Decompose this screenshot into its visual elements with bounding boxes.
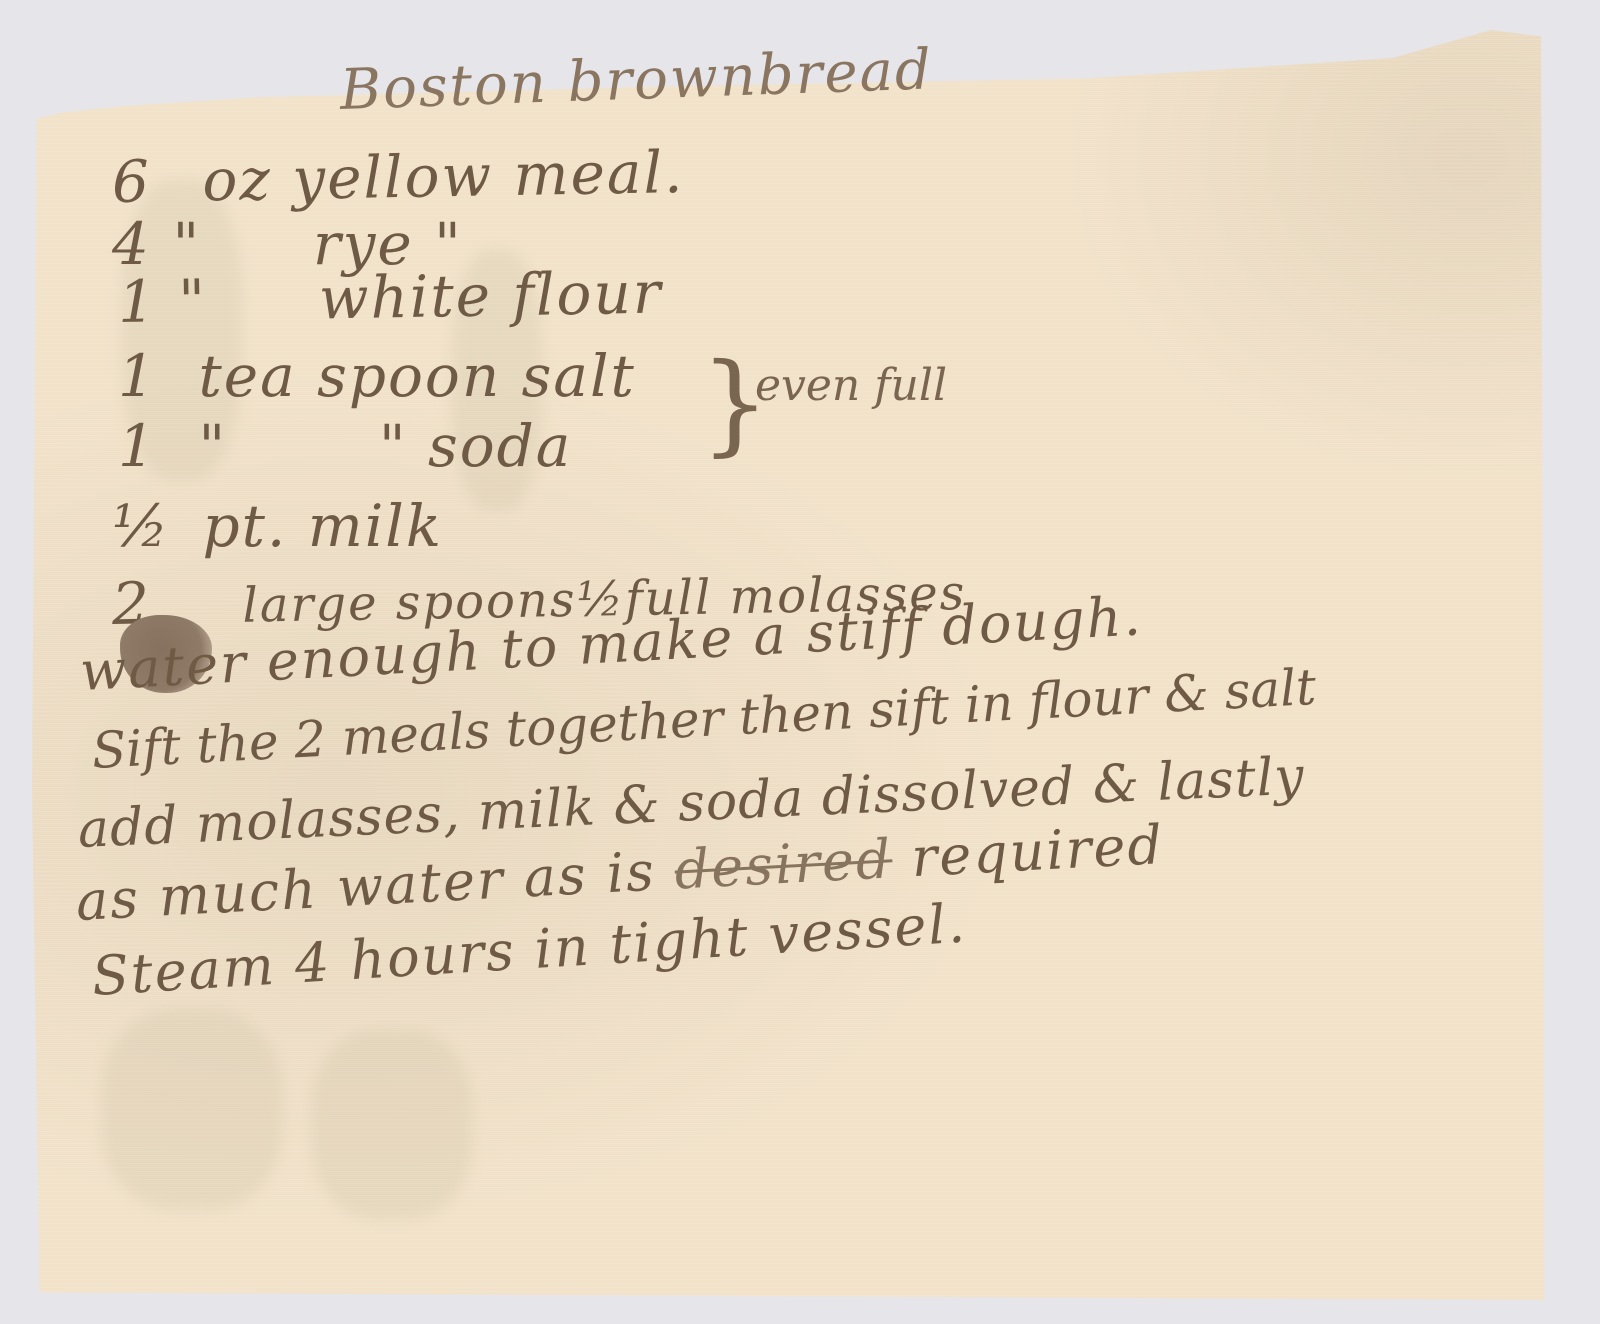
bracket-note: even full (755, 360, 947, 411)
ingredient-qty: 6 (111, 147, 182, 216)
ingredient-line: ½ pt. milk (112, 492, 443, 560)
ingredient-item: yellow meal. (292, 138, 685, 213)
ingredient-item: " soda (379, 412, 573, 480)
ingredient-qty: 1 (118, 342, 178, 410)
ingredient-item: white flour (318, 259, 663, 333)
bleed-through-mark (102, 1010, 282, 1210)
bleed-through-mark (312, 1030, 472, 1220)
ingredient-qty: ½ (112, 492, 182, 560)
ingredient-unit: tea (198, 342, 296, 410)
ingredient-item: spoon salt (317, 342, 636, 410)
ingredient-item: milk (308, 492, 443, 560)
ingredient-line: 1 " " soda (118, 412, 572, 480)
ingredient-qty: 1 (118, 412, 178, 480)
ingredient-line: 6 oz yellow meal. (111, 138, 685, 216)
ingredient-line: 1 tea spoon salt (118, 342, 636, 410)
ingredient-unit: pt. (202, 492, 287, 560)
ingredient-line: 1 " white flour (117, 259, 663, 336)
struck-word: desired (673, 827, 894, 901)
ingredient-unit: " (178, 265, 299, 335)
ingredient-unit: oz (202, 145, 273, 214)
ingredient-unit: " (198, 412, 358, 480)
ingredient-qty: 1 (117, 267, 158, 336)
